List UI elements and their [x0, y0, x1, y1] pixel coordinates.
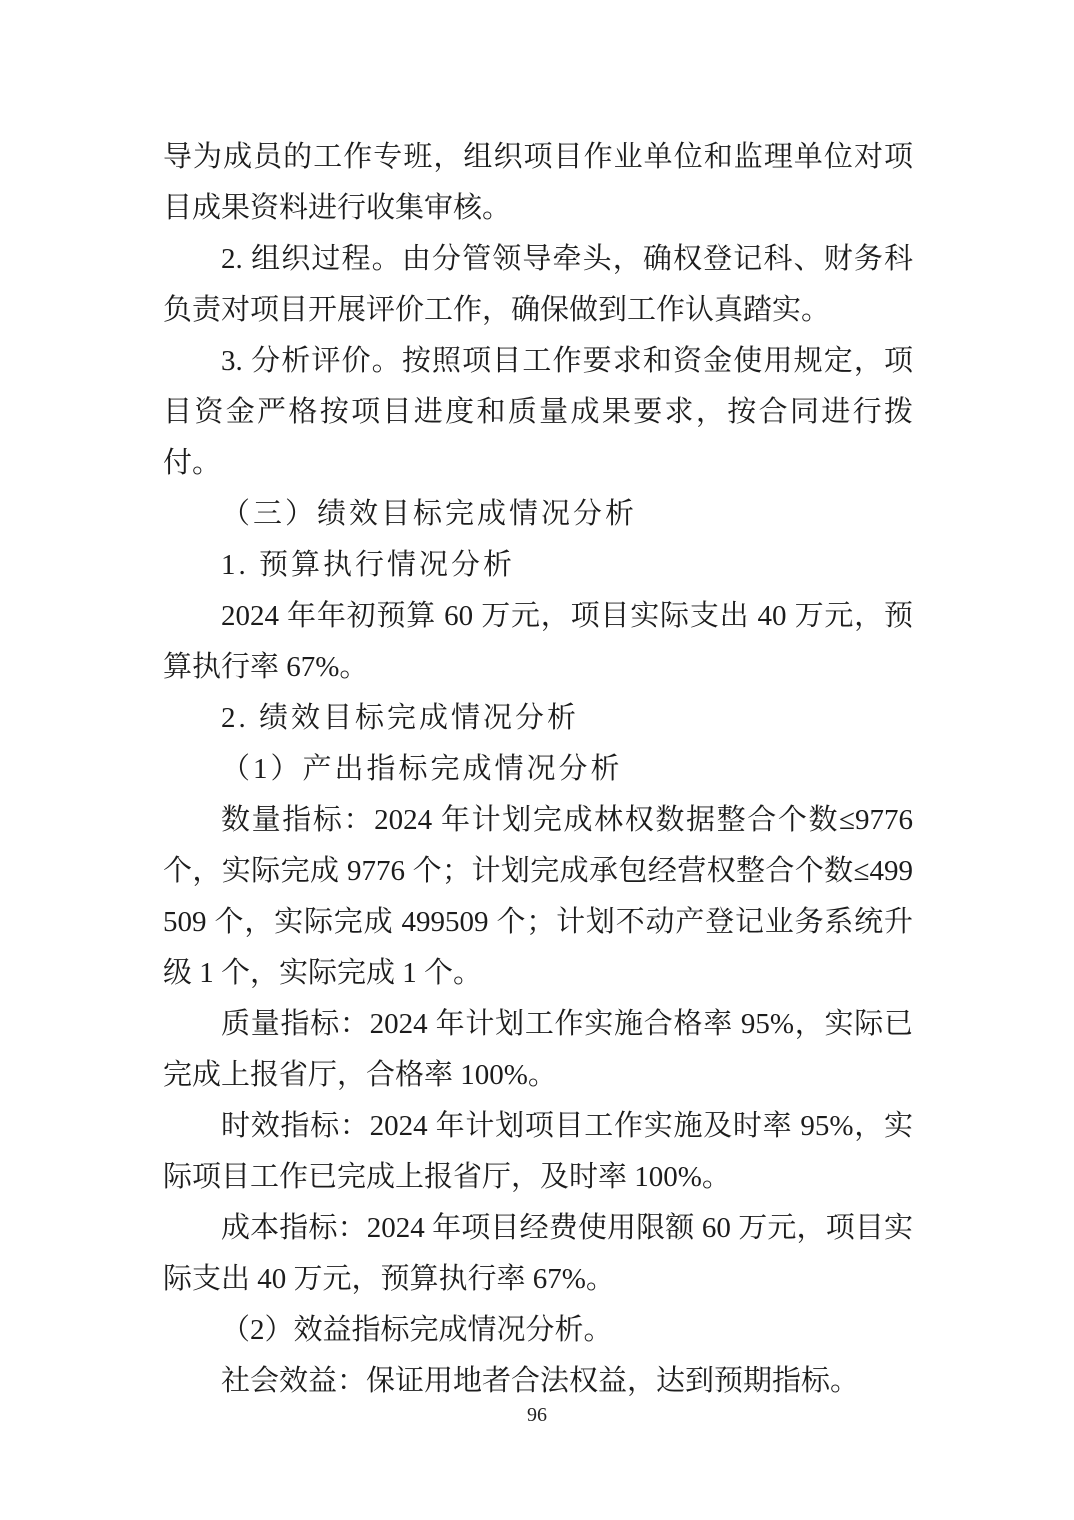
section-heading: （三）绩效目标完成情况分析: [163, 489, 913, 540]
section-heading: 1. 预算执行情况分析: [163, 540, 913, 591]
section-heading: 2. 绩效目标完成情况分析: [163, 693, 913, 744]
paragraph: 时效指标：2024 年计划项目工作实施及时率 95%，实际项目工作已完成上报省厅…: [163, 1101, 913, 1203]
paragraph: （2）效益指标完成情况分析。: [163, 1305, 913, 1356]
paragraph: 数量指标：2024 年计划完成林权数据整合个数≤9776 个，实际完成 9776…: [163, 795, 913, 999]
paragraph: 2024 年年初预算 60 万元，项目实际支出 40 万元，预算执行率 67%。: [163, 591, 913, 693]
paragraph: 3. 分析评价。按照项目工作要求和资金使用规定，项目资金严格按项目进度和质量成果…: [163, 336, 913, 489]
document-body: 导为成员的工作专班，组织项目作业单位和监理单位对项目成果资料进行收集审核。 2.…: [163, 132, 913, 1407]
paragraph: 2. 组织过程。由分管领导牵头，确权登记科、财务科负责对项目开展评价工作，确保做…: [163, 234, 913, 336]
paragraph: 社会效益：保证用地者合法权益，达到预期指标。: [163, 1356, 913, 1407]
document-page: 导为成员的工作专班，组织项目作业单位和监理单位对项目成果资料进行收集审核。 2.…: [0, 0, 1074, 1520]
page-number: 96: [527, 1404, 547, 1426]
section-heading: （1）产出指标完成情况分析: [163, 744, 913, 795]
paragraph: 质量指标：2024 年计划工作实施合格率 95%，实际已完成上报省厅，合格率 1…: [163, 999, 913, 1101]
page-footer: 96: [0, 1402, 1074, 1428]
paragraph: 成本指标：2024 年项目经费使用限额 60 万元，项目实际支出 40 万元，预…: [163, 1203, 913, 1305]
paragraph: 导为成员的工作专班，组织项目作业单位和监理单位对项目成果资料进行收集审核。: [163, 132, 913, 234]
